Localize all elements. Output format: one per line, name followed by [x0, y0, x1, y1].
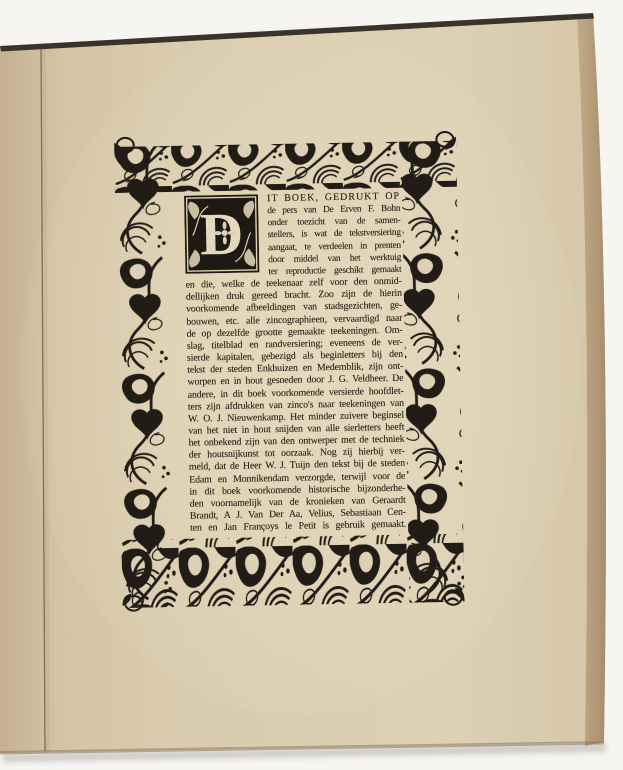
drop-cap-letter: D [199, 201, 244, 268]
gutter-shading [0, 47, 60, 753]
drop-cap-initial-D: D [184, 194, 259, 273]
border-left-band [114, 146, 177, 608]
colophon-line: ten en Jan Françoys le Petit is gebruik … [190, 519, 406, 535]
border-right-band [401, 141, 464, 603]
colophon-text: D IT BOEK, GEDRUKT OP de pers van De Erv… [184, 191, 406, 539]
book-photo: D IT BOEK, GEDRUKT OP de pers van De Erv… [0, 0, 623, 770]
art-nouveau-border-frame: D IT BOEK, GEDRUKT OP de pers van De Erv… [114, 135, 465, 608]
